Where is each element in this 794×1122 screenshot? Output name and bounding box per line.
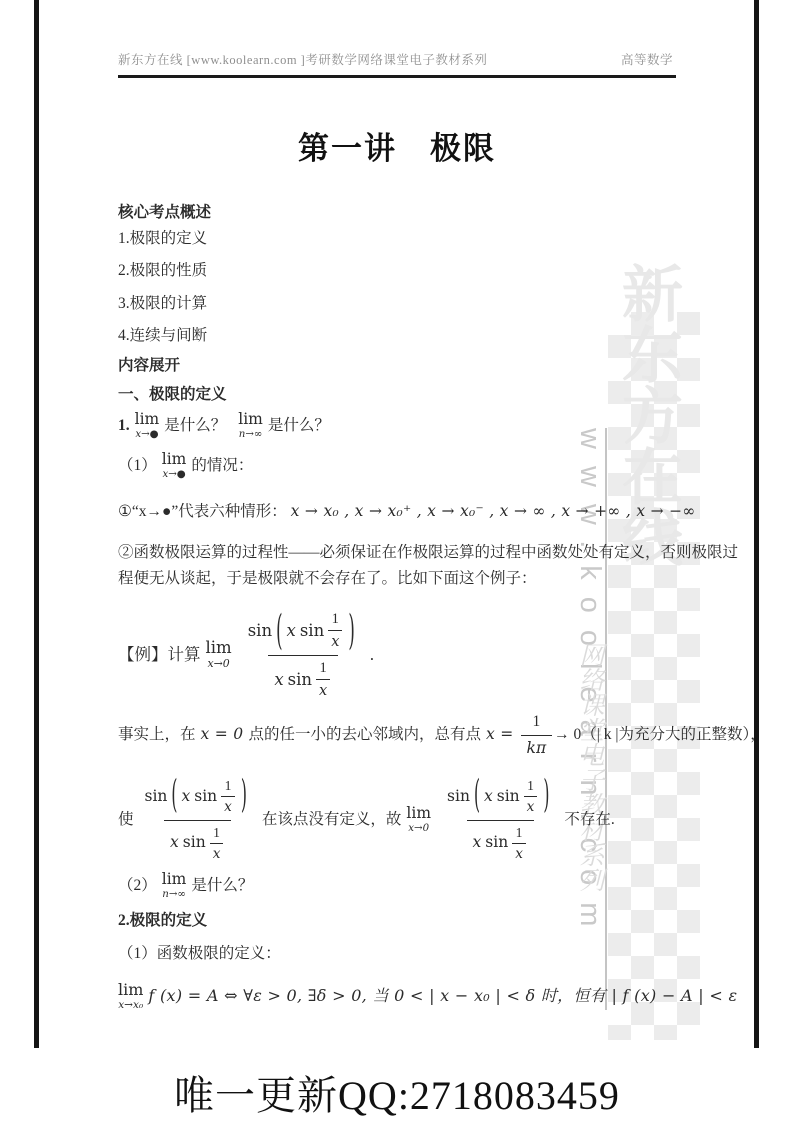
outline-heading: 核心考点概述	[118, 202, 211, 224]
page-title: 第一讲 极限	[0, 123, 794, 168]
fraction-one-over-x: 1 x	[512, 823, 526, 864]
item-number: （1）	[118, 455, 157, 477]
example-formula: 【例】计算 lim x→0 sin ( x sin 1 x ) x sin 1	[118, 600, 374, 710]
question-text: 是什么？	[191, 875, 253, 897]
fact-line: 事实上，在 x = 0 点的任一小的去心邻域内，总有点 x = 1 kπ → 0…	[118, 705, 766, 765]
document-page: 新东方在线 www.koolearn.com 网络课堂电子教材系列 新东方在线 …	[0, 0, 794, 1122]
lim-x-to-dot: lim x→●	[135, 412, 160, 440]
fraction-right: sin ( x sin 1 x ) x sin 1 x	[441, 776, 559, 863]
definition-formula-body: f (x) = A ⇔ ∀ε > 0, ∃δ > 0, 当 0 < | x − …	[148, 985, 737, 1007]
left-paren: (	[276, 602, 282, 660]
item-number: 1.	[118, 415, 130, 437]
fraction-one-over-x: 1 x	[316, 658, 330, 702]
right-paren: )	[543, 770, 549, 824]
question-text: 是什么？	[164, 415, 226, 437]
lim-x-to-dot: lim x→●	[162, 452, 187, 480]
lim-x-to-0: lim x→0	[406, 806, 431, 834]
fraction-denominator: x sin 1 x	[268, 655, 338, 702]
fraction-one-over-x: 1 x	[328, 609, 342, 653]
sub-question-1: （1） lim x→● 的情况：	[118, 452, 253, 480]
undefined-line: 使 sin ( x sin 1 x ) x sin 1 x	[118, 770, 615, 870]
case-label: ①“x→●”代表六种情形：	[118, 503, 287, 520]
item-number: （2）	[118, 875, 157, 897]
lim-n-to-inf: lim n→∞	[238, 412, 263, 440]
fraction-one-over-x: 1 x	[524, 776, 538, 817]
right-scan-edge-bar	[754, 0, 759, 1048]
outline-item-4: 4.连续与间断	[118, 325, 207, 347]
case-math: x → x₀ , x → x₀⁺ , x → x₀⁻ , x → ∞ , x →…	[291, 502, 696, 520]
case-line: ①“x→●”代表六种情形： x → x₀ , x → x₀⁺ , x → x₀⁻…	[118, 501, 696, 523]
not-exist-text: 不存在.	[564, 809, 614, 831]
shi-mid-text: 在该点没有定义，故	[262, 809, 402, 831]
right-paren: )	[348, 602, 354, 660]
left-scan-edge-bar	[34, 0, 39, 1048]
fraction-one-over-x: 1 x	[221, 776, 235, 817]
fraction-one-over-x: 1 x	[210, 823, 224, 864]
definition-sub-heading: （1）函数极限的定义：	[118, 943, 281, 965]
question-line-1: 1. lim x→● 是什么？ lim n→∞ 是什么？	[118, 412, 330, 440]
fraction-one-over-kpi: 1 kπ	[521, 711, 553, 759]
process-paragraph-line1: ②函数极限运算的过程性——必须保证在作极限运算的过程中函数处处有定义，否则极限过	[118, 542, 738, 564]
outline-item-3: 3.极限的计算	[118, 293, 207, 315]
sub-question-text: 的情况：	[191, 455, 253, 477]
fraction-numerator: sin ( x sin 1 x )	[242, 609, 365, 655]
content-heading: 内容展开	[118, 355, 180, 377]
left-paren: (	[171, 770, 177, 824]
period: .	[370, 643, 374, 666]
header-rule	[118, 75, 676, 78]
fraction-main: sin ( x sin 1 x ) x sin 1 x	[242, 609, 365, 701]
x-equals-0: x = 0	[201, 724, 244, 746]
left-paren: (	[474, 770, 480, 824]
lim-x-to-0: lim x→0	[206, 640, 232, 669]
example-label: 【例】计算	[118, 643, 201, 666]
outline-item-2: 2.极限的性质	[118, 260, 207, 282]
definition-heading: 2.极限的定义	[118, 910, 207, 932]
fact-text: 事实上，在	[118, 724, 196, 746]
lim-x-to-x0: lim x→x₀	[118, 982, 143, 1011]
right-paren: )	[241, 770, 247, 824]
process-paragraph-line2: 程便无从谈起，于是极限就不会存在了。比如下面这个例子：	[118, 568, 537, 590]
sub-question-2: （2） lim n→∞ 是什么？	[118, 872, 253, 900]
fact-text: 点的任一小的去心邻域内，总有点	[248, 724, 481, 746]
header-right: 高等数学	[621, 50, 673, 68]
x-equals: x =	[486, 724, 514, 746]
shi-text: 使	[118, 809, 134, 831]
question-text-2: 是什么？	[268, 415, 330, 437]
footer-qq-text: 唯一更新QQ:2718083459	[0, 1064, 794, 1121]
outline-item-1: 1.极限的定义	[118, 228, 207, 250]
lim-n-to-inf: lim n→∞	[162, 872, 187, 900]
header-left: 新东方在线 [www.koolearn.com ]考研数学网络课堂电子教材系列	[118, 50, 487, 68]
definition-formula: lim x→x₀ f (x) = A ⇔ ∀ε > 0, ∃δ > 0, 当 0…	[118, 974, 737, 1018]
fraction-left: sin ( x sin 1 x ) x sin 1 x	[139, 776, 257, 863]
section1-heading: 一、极限的定义	[118, 384, 227, 406]
fact-text-tail: → 0（| k |为充分大的正整数），	[554, 724, 766, 746]
